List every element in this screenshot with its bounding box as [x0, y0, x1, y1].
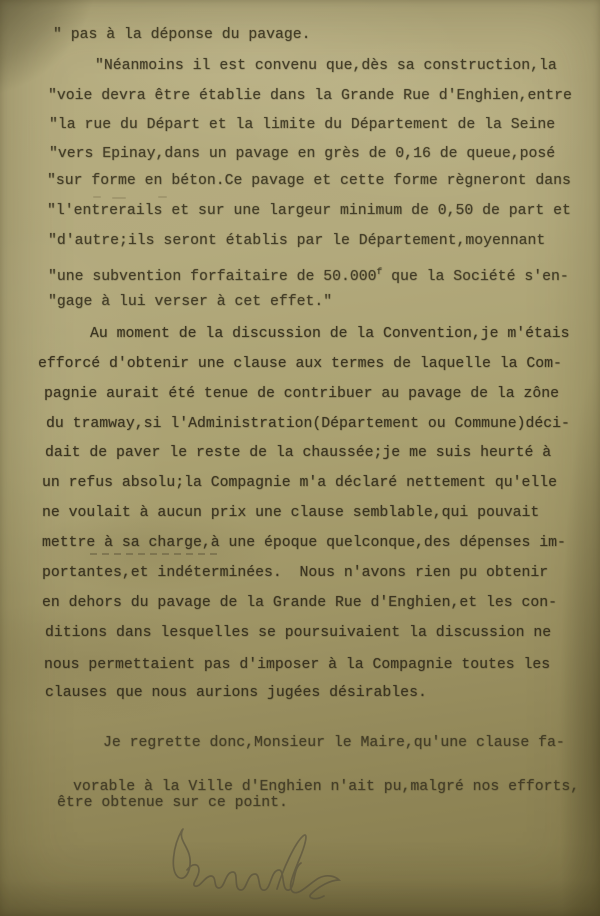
typed-line: en dehors du pavage de la Grande Rue d'E…	[42, 594, 557, 613]
typed-line: du tramway,si l'Administration(Départeme…	[46, 415, 570, 434]
typed-line: "d'autre;ils seront établis par le Dépar…	[48, 232, 545, 251]
pencil-underline	[90, 553, 218, 555]
typed-line: efforcé d'obtenir une clause aux termes …	[38, 355, 562, 374]
typed-line: un refus absolu;la Compagnie m'a déclaré…	[42, 474, 557, 493]
typed-line: clauses que nous aurions jugées désirabl…	[45, 684, 427, 703]
typed-line: " pas à la déponse du pavage.	[53, 26, 311, 45]
typed-line: portantes,et indéterminées. Nous n'avons…	[42, 564, 548, 583]
typed-line: "gage à lui verser à cet effet."	[48, 293, 332, 312]
typed-line: nous permettaient pas d'imposer à la Com…	[44, 656, 550, 675]
typed-line: ditions dans lesquelles se poursuivaient…	[45, 624, 551, 643]
typed-text: "une subvention forfaitaire de 50.000	[48, 269, 377, 285]
typed-line: "la rue du Départ et la limite du Départ…	[49, 116, 555, 135]
typed-line: "vers Epinay,dans un pavage en grès de 0…	[49, 145, 555, 164]
typed-line: être obtenue sur ce point.	[57, 794, 288, 813]
document-page: " pas à la déponse du pavage. "Néanmoins…	[0, 0, 600, 916]
typed-line: Au moment de la discussion de la Convent…	[90, 325, 570, 344]
typed-line: "voie devra être établie dans la Grande …	[48, 87, 572, 106]
typed-line: Je regrette donc,Monsieur le Maire,qu'un…	[103, 734, 565, 753]
typed-line: ne voulait à aucun prix une clause sembl…	[42, 504, 539, 523]
pencil-mark	[93, 196, 101, 198]
typed-line: pagnie aurait été tenue de contribuer au…	[44, 385, 559, 404]
typed-line: mettre à sa charge,à une époque quelconq…	[42, 534, 566, 553]
typed-line: "sur forme en béton.Ce pavage et cette f…	[47, 172, 571, 191]
signature-scrawl	[158, 818, 358, 914]
typed-line: "une subvention forfaitaire de 50.000f q…	[48, 262, 569, 287]
typed-text: que la Société s'en-	[382, 269, 568, 285]
pencil-mark	[112, 197, 126, 199]
typed-line: "l'entrerails et sur une largeur minimum…	[47, 202, 571, 221]
typed-line: dait de paver le reste de la chaussée;je…	[45, 444, 551, 463]
typed-line: "Néanmoins il est convenu que,dès sa con…	[95, 57, 557, 76]
pencil-mark	[158, 196, 167, 198]
